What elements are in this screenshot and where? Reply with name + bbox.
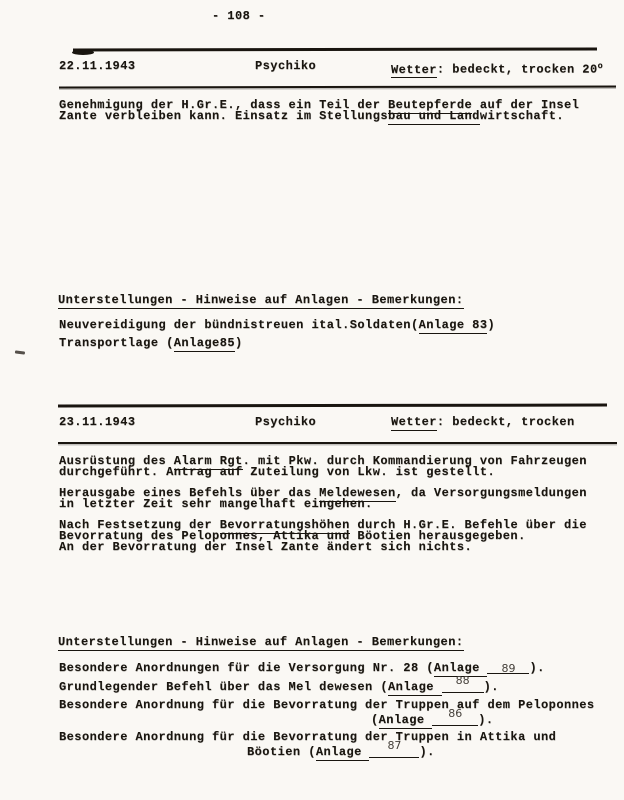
entry2-bottom-rule: [58, 442, 617, 444]
entry1-bottom-rule: [59, 86, 616, 89]
entry1-annex-item2: Transportlage (Anlage85): [59, 338, 243, 350]
entry2-top-rule: [58, 404, 607, 408]
entry2-weather: Wetter: bedeckt, trocken: [391, 417, 575, 429]
entry2-annex-item2: Grundlegender Befehl über das Mel dewese…: [59, 680, 499, 694]
scanned-war-diary-page: - 108 - 22.11.1943 Psychiko Wetter: bede…: [0, 0, 624, 800]
entry2-place: Psychiko: [255, 417, 316, 429]
entry1-place: Psychiko: [255, 61, 316, 73]
handwritten-annex-number: 87: [369, 745, 419, 758]
entry2-para2-line2: in letzter Zeit sehr mangelhaft eingehen…: [59, 499, 373, 511]
entry2-annex-item1: Besondere Anordnungen für die Versorgung…: [59, 661, 545, 675]
entry2-para1-line2: durchgeführt. Antrag auf Zuteilung von L…: [59, 467, 495, 479]
entry2-annex-item4-line2: Böotien (Anlage 87).: [247, 745, 435, 759]
entry1-date: 22.11.1943: [59, 61, 136, 73]
entry1-top-rule: [73, 47, 597, 51]
entry2-annex-item3-line1: Besondere Anordnung für die Bevorratung …: [59, 700, 595, 712]
entry1-body-line2: Zante verbleiben kann. Einsatz im Stellu…: [59, 111, 564, 123]
handwritten-annex-number: 89: [487, 661, 529, 674]
entry2-annex-item3-line2: (Anlage 86).: [371, 713, 494, 727]
page-number: - 108 -: [212, 11, 266, 23]
entry1-annex-item1: Neuvereidigung der bündnistreuen ital.So…: [59, 320, 495, 332]
margin-mark-artifact: [15, 350, 25, 354]
entry1-annex-heading: Unterstellungen - Hinweise auf Anlagen -…: [58, 295, 464, 307]
ink-blob-artifact: [72, 50, 94, 55]
entry2-annex-heading: Unterstellungen - Hinweise auf Anlagen -…: [58, 637, 464, 649]
handwritten-annex-number: 88: [442, 680, 484, 693]
handwritten-annex-number: 86: [432, 713, 478, 726]
entry2-date: 23.11.1943: [59, 417, 136, 429]
entry2-annex-item4-line1: Besondere Anordnung für die Bevorratung …: [59, 732, 556, 744]
entry2-para3-line3: An der Bevorratung der Insel Zante änder…: [59, 542, 472, 554]
entry1-weather: Wetter: bedeckt, trocken 20o: [391, 61, 603, 76]
